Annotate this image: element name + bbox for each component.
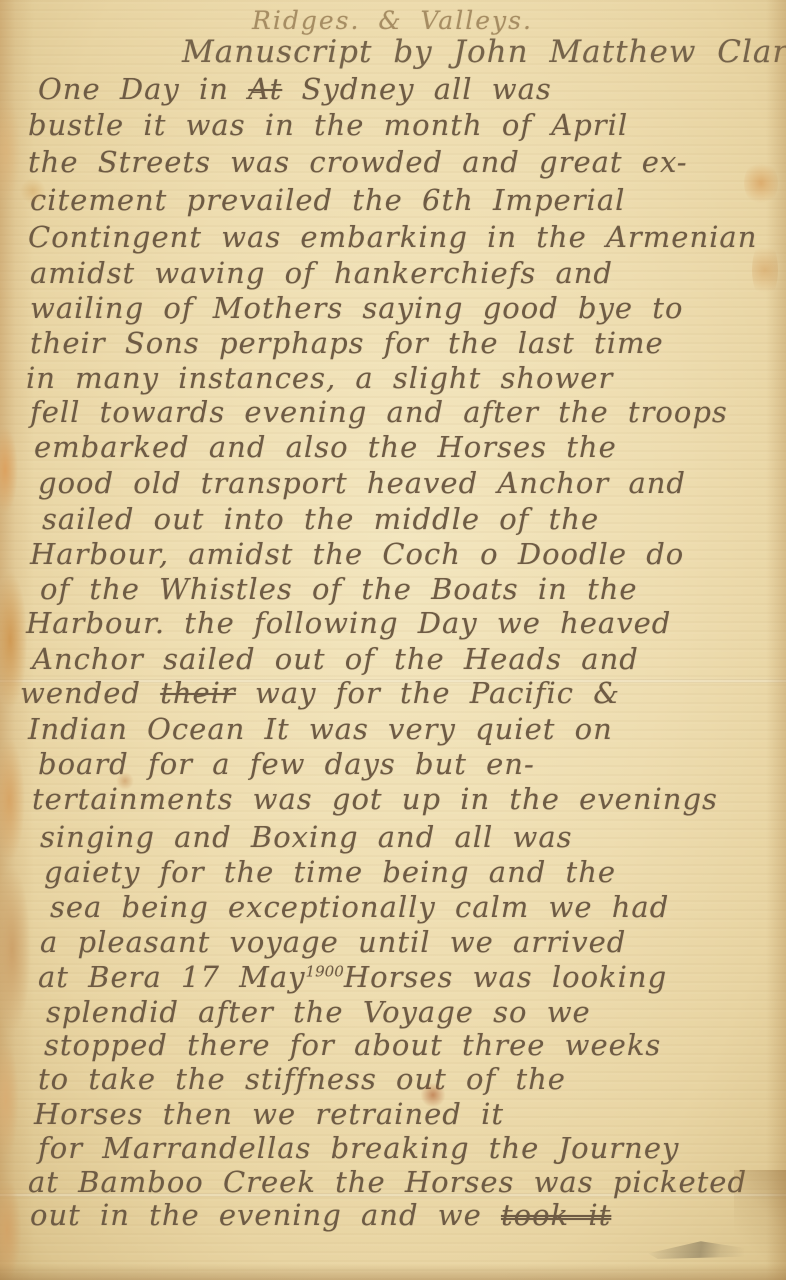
handwritten-text: the Streets was crowded and great ex- xyxy=(28,145,688,179)
handwritten-text: Indian Ocean It was very quiet on xyxy=(28,712,613,746)
struck-text: At xyxy=(248,72,282,106)
manuscript-line: tertainments was got up in the evenings xyxy=(32,782,718,816)
handwritten-text: their Sons perphaps for the last time xyxy=(30,326,664,360)
handwritten-text: Horses then we retrained it xyxy=(34,1097,504,1131)
handwritten-text: board for a few days but en- xyxy=(38,747,535,781)
manuscript-line: sea being exceptionally calm we had xyxy=(50,890,669,924)
manuscript-line: stopped there for about three weeks xyxy=(44,1028,661,1062)
pencil-heading: Ridges. & Valleys. xyxy=(252,6,533,35)
handwritten-text: Harbour. the following Day we heaved xyxy=(26,606,671,640)
manuscript-line: embarked and also the Horses the xyxy=(34,430,617,464)
handwritten-text: singing and Boxing and all was xyxy=(40,820,573,854)
manuscript-page: Ridges. & Valleys. Manuscript by John Ma… xyxy=(0,0,786,1280)
manuscript-line: the Streets was crowded and great ex- xyxy=(28,145,688,179)
handwritten-text: wended xyxy=(20,676,160,710)
manuscript-line: Harbour, amidst the Coch o Doodle do xyxy=(30,537,684,571)
struck-text: took it xyxy=(501,1198,611,1232)
manuscript-line: for Marrandellas breaking the Journey xyxy=(38,1131,679,1165)
pencil-smudge xyxy=(648,1238,744,1260)
manuscript-line: wailing of Mothers saying good bye to xyxy=(30,291,683,325)
handwritten-text: amidst waving of hankerchiefs and xyxy=(30,256,613,290)
manuscript-line: splendid after the Voyage so we xyxy=(46,995,591,1029)
handwritten-text: gaiety for the time being and the xyxy=(44,855,616,889)
handwritten-text: Sydney all was xyxy=(282,72,552,106)
handwritten-text: out in the evening and we xyxy=(30,1198,501,1232)
handwritten-text: way for the Pacific & xyxy=(236,676,620,710)
byline: Manuscript by John Matthew Clark xyxy=(182,34,786,70)
manuscript-line: their Sons perphaps for the last time xyxy=(30,326,664,360)
manuscript-line: fell towards evening and after the troop… xyxy=(30,395,728,429)
manuscript-line: sailed out into the middle of the xyxy=(42,502,599,536)
manuscript-line: to take the stiffness out of the xyxy=(38,1062,566,1096)
handwritten-text: a pleasant voyage until we arrived xyxy=(40,925,626,959)
foxing-stain xyxy=(744,160,778,206)
handwritten-text: at Bamboo Creek the Horses was picketed xyxy=(28,1165,747,1199)
manuscript-line: citement prevailed the 6th Imperial xyxy=(30,183,625,217)
struck-text: their xyxy=(160,676,236,710)
handwritten-text: tertainments was got up in the evenings xyxy=(32,782,718,816)
handwritten-text: wailing of Mothers saying good bye to xyxy=(30,291,683,325)
handwritten-text: One Day in xyxy=(38,72,248,106)
manuscript-line: board for a few days but en- xyxy=(38,747,535,781)
manuscript-line: out in the evening and we took it xyxy=(30,1198,611,1232)
handwritten-text: sailed out into the middle of the xyxy=(42,502,599,536)
torn-binding-edge xyxy=(0,0,34,1280)
manuscript-line: bustle it was in the month of April xyxy=(28,108,628,142)
manuscript-line: Contingent was embarking in the Armenian xyxy=(28,220,757,254)
manuscript-line: wended their way for the Pacific & xyxy=(20,676,620,710)
manuscript-line: One Day in At Sydney all was xyxy=(38,72,552,106)
manuscript-line: at Bera 17 May1900Horses was looking xyxy=(38,960,667,994)
handwritten-text: splendid after the Voyage so we xyxy=(46,995,591,1029)
handwritten-text: Harbour, amidst the Coch o Doodle do xyxy=(30,537,684,571)
handwritten-text: good old transport heaved Anchor and xyxy=(38,466,686,500)
superscript-year: 1900 xyxy=(306,962,344,980)
handwritten-text: bustle it was in the month of April xyxy=(28,108,628,142)
handwritten-text: Anchor sailed out of the Heads and xyxy=(32,642,639,676)
handwritten-text: of the Whistles of the Boats in the xyxy=(40,572,638,606)
manuscript-line: Horses then we retrained it xyxy=(34,1097,504,1131)
handwritten-text: stopped there for about three weeks xyxy=(44,1028,661,1062)
paper-right-edge xyxy=(766,0,786,1280)
handwritten-text: in many instances, a slight shower xyxy=(26,361,613,395)
manuscript-line: at Bamboo Creek the Horses was picketed xyxy=(28,1165,747,1199)
manuscript-line: Anchor sailed out of the Heads and xyxy=(32,642,639,676)
handwritten-text: embarked and also the Horses the xyxy=(34,430,617,464)
manuscript-line: good old transport heaved Anchor and xyxy=(38,466,686,500)
handwritten-text: at Bera 17 May xyxy=(38,960,306,994)
manuscript-line: in many instances, a slight shower xyxy=(26,361,613,395)
handwritten-text: citement prevailed the 6th Imperial xyxy=(30,183,625,217)
manuscript-line: amidst waving of hankerchiefs and xyxy=(30,256,613,290)
handwritten-text: Contingent was embarking in the Armenian xyxy=(28,220,757,254)
manuscript-line: singing and Boxing and all was xyxy=(40,820,573,854)
handwritten-text: Horses was looking xyxy=(344,960,667,994)
manuscript-line: of the Whistles of the Boats in the xyxy=(40,572,638,606)
manuscript-line: Harbour. the following Day we heaved xyxy=(26,606,671,640)
paper-bottom-edge xyxy=(0,1264,786,1280)
manuscript-line: Indian Ocean It was very quiet on xyxy=(28,712,613,746)
manuscript-line: gaiety for the time being and the xyxy=(44,855,616,889)
handwritten-text: for Marrandellas breaking the Journey xyxy=(38,1131,679,1165)
manuscript-line: a pleasant voyage until we arrived xyxy=(40,925,626,959)
handwritten-text: sea being exceptionally calm we had xyxy=(50,890,669,924)
handwritten-text: to take the stiffness out of the xyxy=(38,1062,566,1096)
handwritten-text: fell towards evening and after the troop… xyxy=(30,395,728,429)
